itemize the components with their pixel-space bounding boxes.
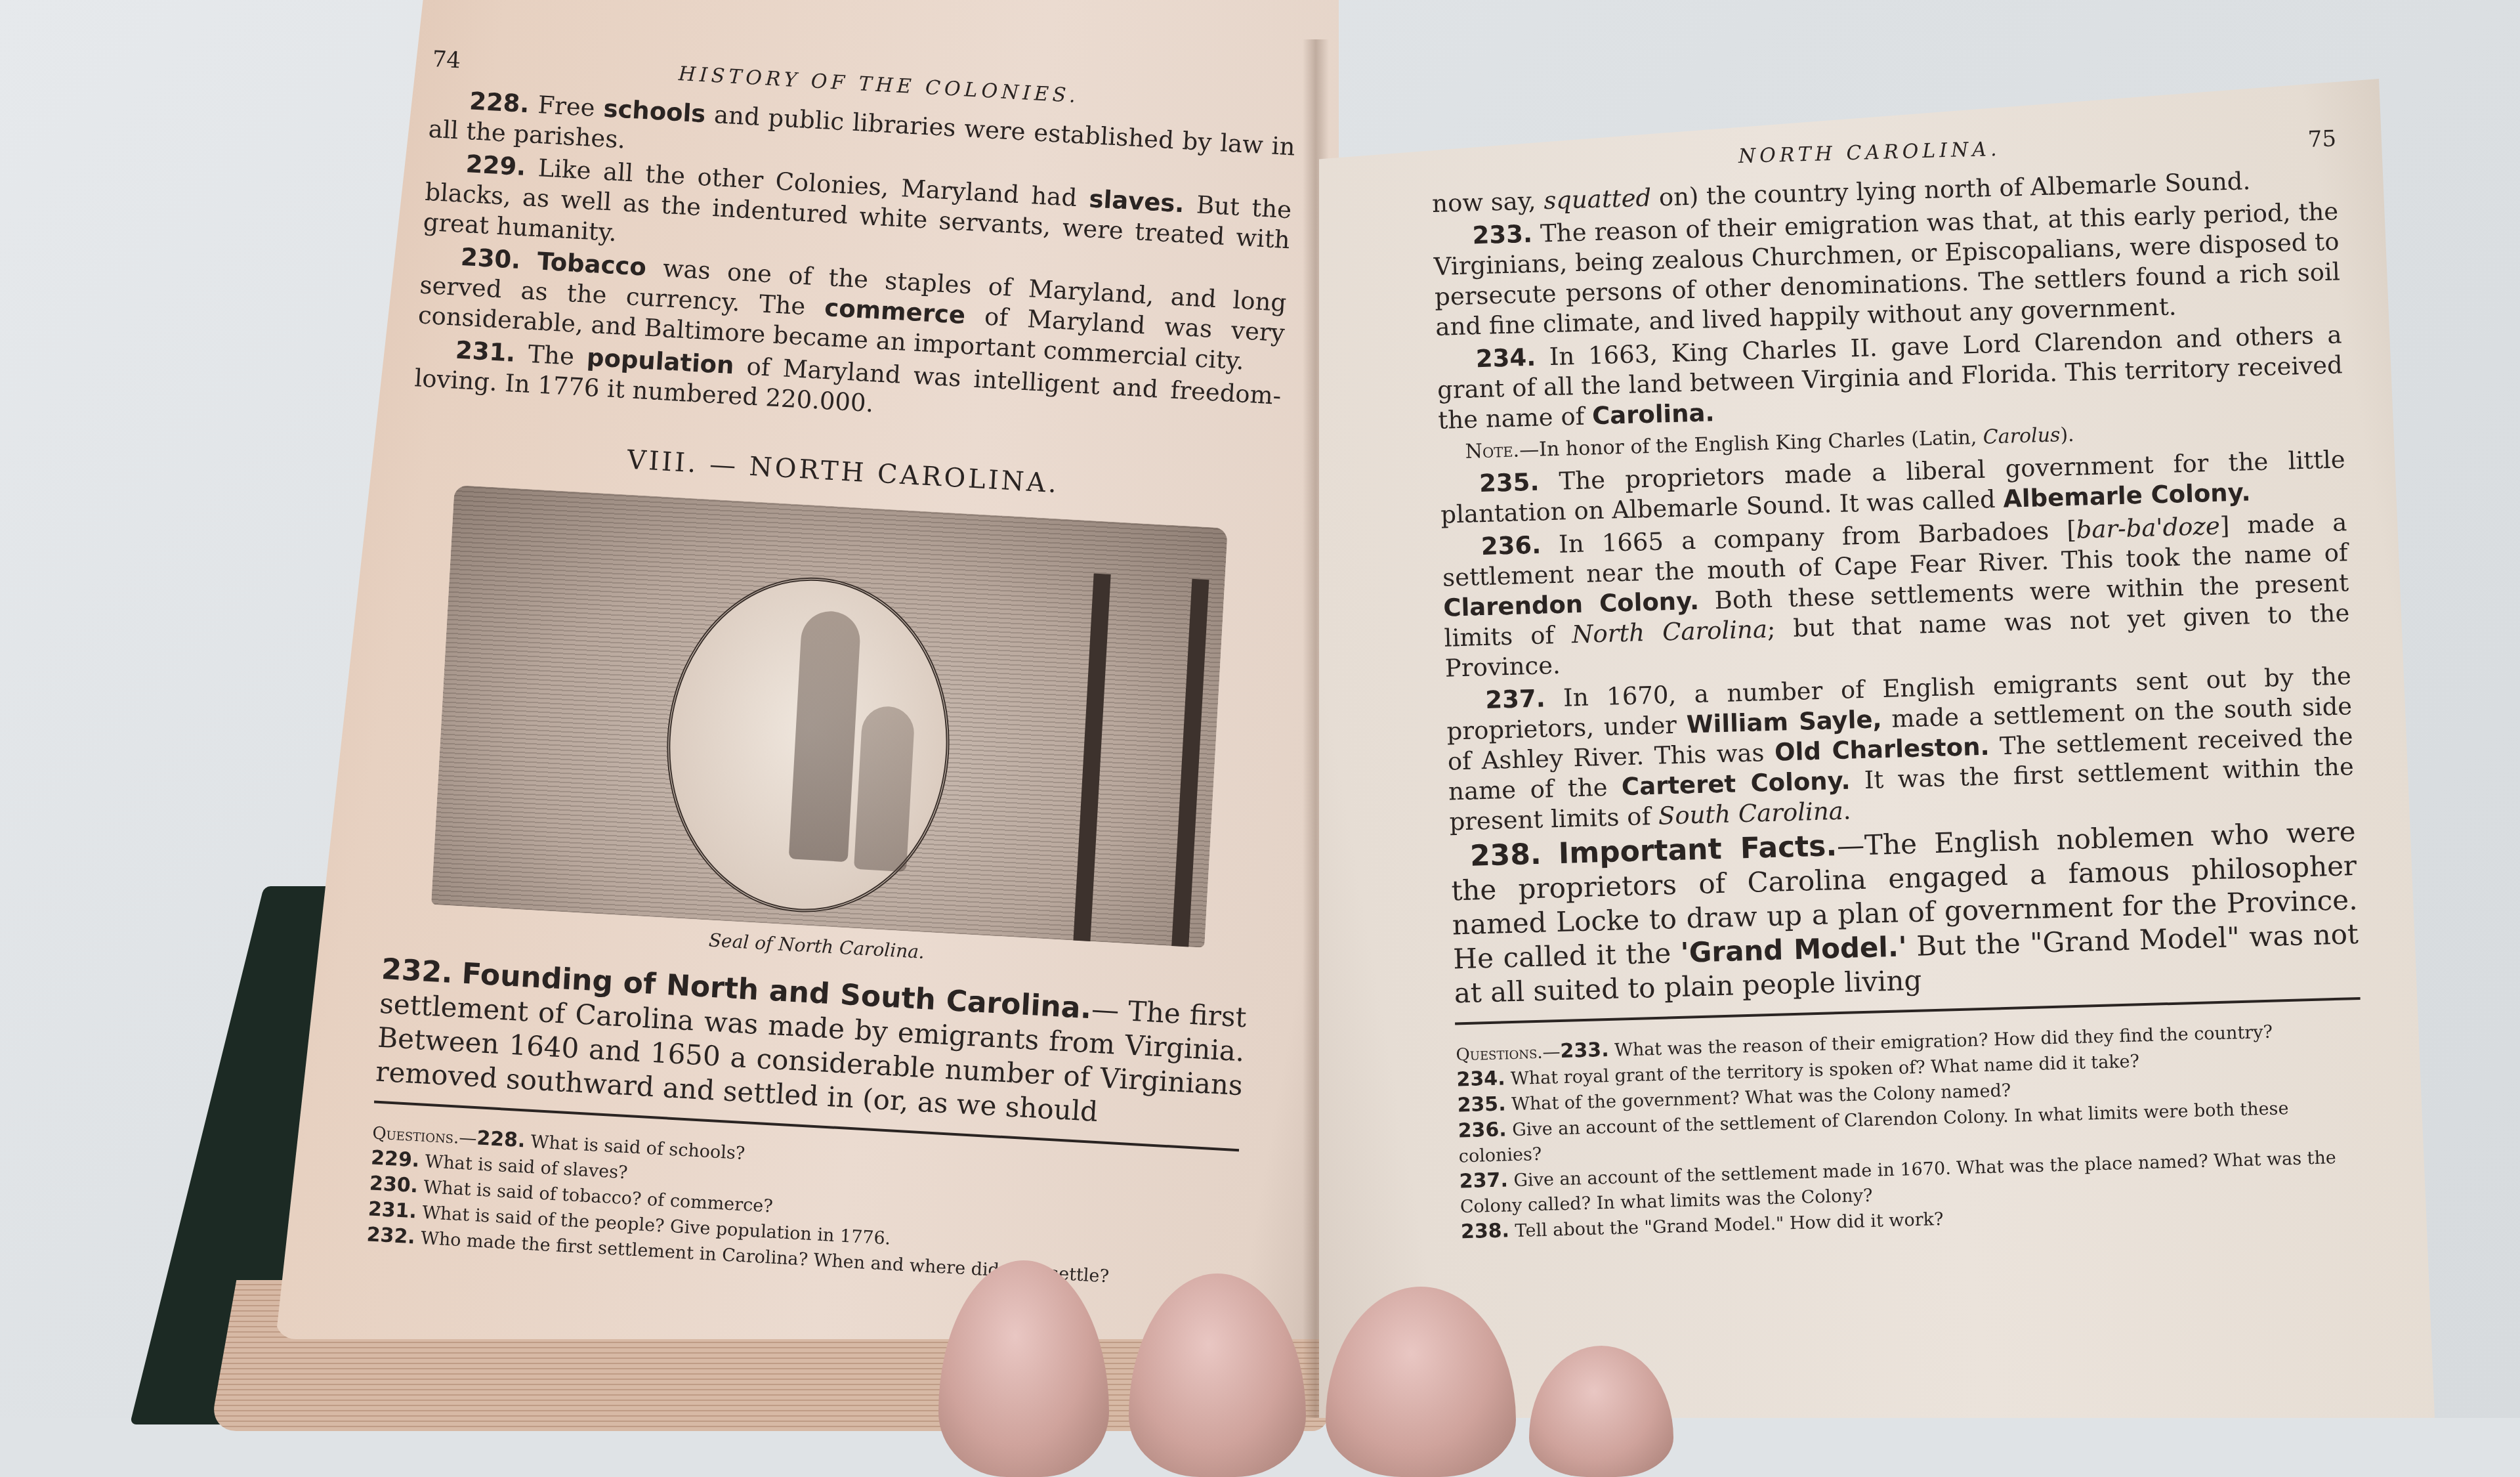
right-questions: Questions.—233. What was the reason of t…: [1456, 1017, 2366, 1245]
tree-trunk: [1073, 573, 1110, 941]
right-page-content: NORTH CAROLINA. 75 now say, squatted on)…: [1431, 125, 2366, 1245]
photo-background: 74 HISTORY OF THE COLONIES. 228. Free sc…: [0, 0, 2520, 1418]
seal-of-north-carolina-illustration: [431, 485, 1228, 948]
tree-trunk: [1171, 579, 1209, 947]
section-number: 238.: [1469, 838, 1542, 873]
allegorical-figure: [854, 705, 915, 872]
section-title: Important Facts.: [1558, 829, 1837, 870]
right-page: NORTH CAROLINA. 75 now say, squatted on)…: [1319, 79, 2435, 1418]
left-questions: Questions.—228. What is said of schools?…: [366, 1120, 1238, 1296]
left-page-content: 74 HISTORY OF THE COLONIES. 228. Free sc…: [366, 46, 1298, 1296]
paragraph-236: 236. In 1665 a company from Barbadoes [b…: [1441, 507, 2351, 683]
left-page-number: 74: [432, 46, 461, 74]
left-page: 74 HISTORY OF THE COLONIES. 228. Free sc…: [276, 0, 1339, 1339]
paragraph-237: 237. In 1670, a number of English emigra…: [1446, 661, 2355, 837]
right-page-number: 75: [2307, 125, 2336, 152]
paragraph-233: 233. The reason of their emigration was …: [1433, 196, 2341, 342]
section-number: 232.: [381, 953, 453, 990]
section-238: 238. Important Facts.—The English noblem…: [1450, 815, 2360, 1010]
